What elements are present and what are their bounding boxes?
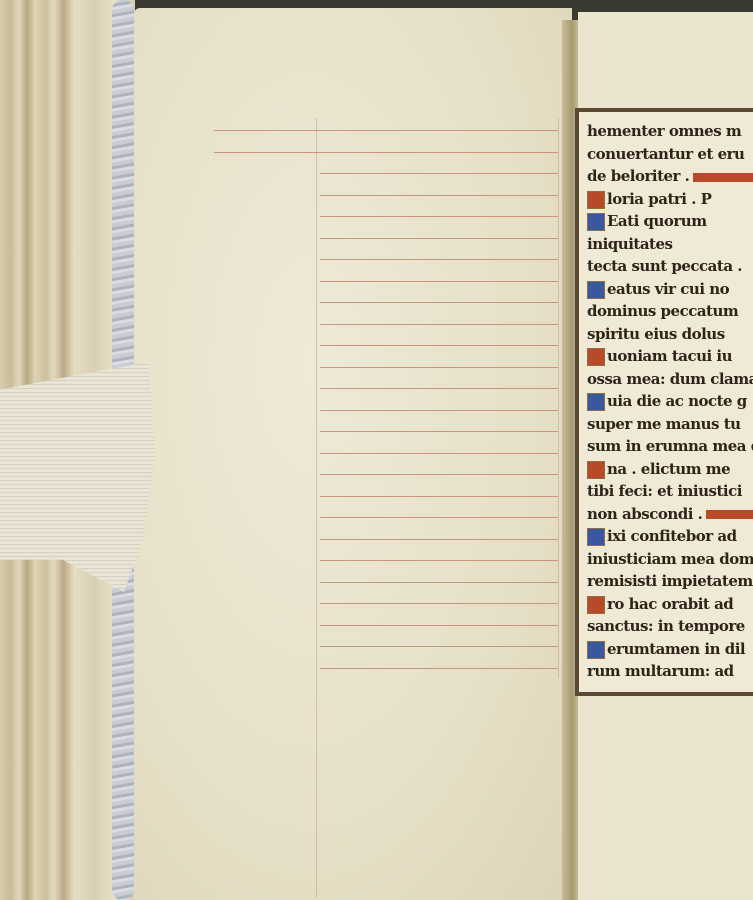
line-text: tecta sunt peccata . <box>587 257 742 275</box>
text-line: ixi confitebor ad <box>587 527 737 546</box>
ruling-line <box>320 324 558 325</box>
text-line: conuertantur et eru <box>587 145 744 163</box>
ruling-line <box>320 539 558 540</box>
ruling-line <box>320 453 558 454</box>
red-initial-icon <box>587 191 605 209</box>
ruling-line <box>320 582 558 583</box>
ruling-line <box>214 152 558 153</box>
text-line: remisisti impietatem <box>587 572 753 590</box>
text-line: eatus vir cui no <box>587 280 729 299</box>
red-initial-icon <box>587 348 605 366</box>
line-text: conuertantur et eru <box>587 145 744 163</box>
text-line: iniusticiam mea dom <box>587 550 753 568</box>
line-text: hementer omnes m <box>587 122 741 140</box>
text-line: tecta sunt peccata . <box>587 257 742 275</box>
line-text: uoniam tacui iu <box>607 347 732 365</box>
line-filler <box>693 173 753 182</box>
text-line: spiritu eius dolus <box>587 325 725 343</box>
line-text: de beloriter . <box>587 167 689 185</box>
ruling-line <box>320 625 558 626</box>
ruling-line <box>320 474 558 475</box>
text-line: tibi feci: et iniustici <box>587 482 742 500</box>
line-text: ixi confitebor ad <box>607 527 737 545</box>
vertical-ruling <box>558 118 559 678</box>
line-text: Eati quorum <box>607 212 707 230</box>
line-text: spiritu eius dolus <box>587 325 725 343</box>
text-line: sanctus: in tempore <box>587 617 745 635</box>
fabric-page-weight <box>0 362 155 592</box>
line-text: rum multarum: ad <box>587 662 734 680</box>
blue-initial-icon <box>587 393 605 411</box>
line-text: sum in erumna mea du <box>587 437 753 455</box>
text-line: na . elictum me <box>587 460 730 479</box>
vertical-ruling <box>316 118 317 898</box>
text-line: ro hac orabit ad <box>587 595 733 614</box>
text-line: Eati quorum <box>587 212 707 231</box>
blue-initial-icon <box>587 528 605 546</box>
text-line: loria patri . P <box>587 190 711 209</box>
line-text: super me manus tu <box>587 415 741 433</box>
text-line: erumtamen in dil <box>587 640 745 659</box>
text-line: uia die ac nocte g <box>587 392 747 411</box>
line-text: sanctus: in tempore <box>587 617 745 635</box>
text-line: rum multarum: ad <box>587 662 734 680</box>
line-text: loria patri . P <box>607 190 711 208</box>
line-text: tibi feci: et iniustici <box>587 482 742 500</box>
ruling-line <box>320 173 558 174</box>
text-block-frame: hementer omnes mconuertantur et erude be… <box>575 108 753 696</box>
line-text: iniusticiam mea dom <box>587 550 753 568</box>
text-line: de beloriter . <box>587 167 753 185</box>
ruling-line <box>320 388 558 389</box>
line-text: eatus vir cui no <box>607 280 729 298</box>
blue-initial-icon <box>587 213 605 231</box>
line-text: erumtamen in dil <box>607 640 745 658</box>
blue-initial-icon <box>587 641 605 659</box>
ruling-line <box>320 646 558 647</box>
line-filler <box>706 510 753 519</box>
ruling-line <box>320 345 558 346</box>
ruling-line <box>320 517 558 518</box>
text-line: hementer omnes m <box>587 122 741 140</box>
ruling-line <box>320 410 558 411</box>
line-text: remisisti impietatem <box>587 572 753 590</box>
line-text: na . elictum me <box>607 460 730 478</box>
ruling-line <box>320 302 558 303</box>
text-line: super me manus tu <box>587 415 741 433</box>
text-line: dominus peccatum <box>587 302 738 320</box>
text-line: sum in erumna mea du <box>587 437 753 455</box>
line-text: iniquitates <box>587 235 672 253</box>
red-initial-icon <box>587 596 605 614</box>
text-line: uoniam tacui iu <box>587 347 732 366</box>
ruling-line <box>320 195 558 196</box>
red-initial-icon <box>587 461 605 479</box>
line-text: uia die ac nocte g <box>607 392 747 410</box>
ruling-line <box>320 238 558 239</box>
line-text: non abscondi . <box>587 505 702 523</box>
blank-ruled-verso-page <box>134 8 572 900</box>
blue-initial-icon <box>587 281 605 299</box>
ruling-line <box>320 367 558 368</box>
line-text: dominus peccatum <box>587 302 738 320</box>
ruling-line <box>320 668 558 669</box>
ruling-line <box>320 216 558 217</box>
ruling-line <box>214 130 558 131</box>
ruling-line <box>320 560 558 561</box>
line-text: ro hac orabit ad <box>607 595 733 613</box>
ruling-line <box>320 496 558 497</box>
ruling-line <box>320 431 558 432</box>
text-line: iniquitates <box>587 235 672 253</box>
line-text: ossa mea: dum clamar <box>587 370 753 388</box>
ruling-line <box>320 259 558 260</box>
text-line: non abscondi . <box>587 505 753 523</box>
ruling-line <box>320 603 558 604</box>
ruling-line <box>320 281 558 282</box>
text-line: ossa mea: dum clamar <box>587 370 753 388</box>
